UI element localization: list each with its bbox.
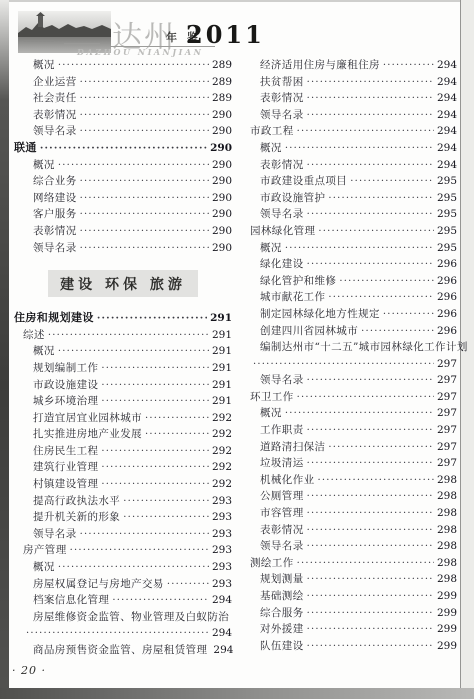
toc-entry: 公厕管理····································… xyxy=(241,488,457,505)
dotted-leader: ········································… xyxy=(339,274,434,291)
toc-entry: 扶贫帮困····································… xyxy=(241,74,457,91)
toc-entry-label: 环卫工作 xyxy=(250,389,294,406)
dotted-leader: ········································… xyxy=(123,510,209,527)
toc-entry: 房产管理····································… xyxy=(14,542,232,559)
toc-entry-page: 297 xyxy=(437,356,457,373)
toc-entry-page: 293 xyxy=(212,576,232,593)
toc-entry: 概况······································… xyxy=(241,240,457,257)
toc-entry: 领导名录····································… xyxy=(241,107,457,124)
toc-entry: 领导名录····································… xyxy=(241,372,457,389)
toc-entry-page: 299 xyxy=(437,588,457,605)
toc-entry-page: 290 xyxy=(212,157,232,174)
toc-entry: 工作职责····································… xyxy=(241,422,457,439)
toc-entry: 基础测绘····································… xyxy=(241,588,457,605)
toc-entry-label: 垃圾清运 xyxy=(260,455,304,472)
toc-entry: 市政设施建设··································… xyxy=(14,377,232,394)
toc-entry-page: 294 xyxy=(437,74,457,91)
toc-entry-label: 商品房预售资金监管、房屋租赁管理 xyxy=(33,642,207,659)
toc-entry: 网络建设····································… xyxy=(14,190,232,207)
toc-entry: 概况······································… xyxy=(14,343,232,360)
toc-entry-page: 291 xyxy=(212,360,232,377)
dotted-leader: ········································… xyxy=(101,394,209,411)
toc-entry: 经济适用住房与廉租住房·····························… xyxy=(241,57,457,74)
toc-entry-label: 村镇建设管理 xyxy=(33,476,98,493)
dotted-leader: ········································… xyxy=(80,241,209,258)
toc-entry-page: 294 xyxy=(437,157,457,174)
toc-entry-label: 概况 xyxy=(260,405,282,422)
toc-left-top: 概况······································… xyxy=(14,57,232,256)
toc-entry-label: 打造宜居宜业园林城市 xyxy=(33,410,142,427)
dotted-leader: ········································… xyxy=(307,75,434,92)
toc-entry-label: 房屋维修资金监管、物业管理及白蚁防治 xyxy=(33,609,229,626)
toc-entry: 建筑行业管理··································… xyxy=(14,459,232,476)
toc-entry-label: 表彰情况 xyxy=(33,223,77,240)
dotted-leader: ········································… xyxy=(307,539,434,556)
toc-entry-page: 290 xyxy=(210,140,232,157)
toc-entry-label: 表彰情况 xyxy=(260,90,304,107)
toc-entry-label: 规划编制工作 xyxy=(33,360,98,377)
toc-entry: 园林绿化管理··································… xyxy=(241,223,457,240)
dotted-leader: ········································… xyxy=(80,527,209,544)
toc-entry: 综合业务····································… xyxy=(14,173,232,190)
dotted-leader: ········································… xyxy=(307,373,434,390)
toc-entry: 住房和规划建设·································… xyxy=(14,310,232,327)
dotted-leader: ········································… xyxy=(145,411,209,428)
toc-entry: 概况······································… xyxy=(241,405,457,422)
dotted-leader: ········································… xyxy=(80,108,209,125)
toc-entry-page: 294 xyxy=(213,642,233,659)
toc-entry-label: 道路清扫保洁 xyxy=(260,439,325,456)
toc-entry: 领导名录····································… xyxy=(14,123,232,140)
toc-entry-label: 经济适用住房与廉租住房 xyxy=(260,57,380,74)
dotted-leader: ········································… xyxy=(307,622,434,639)
toc-entry-label: 园林绿化管理 xyxy=(250,223,315,240)
dotted-leader: ········································… xyxy=(307,506,434,523)
toc-entry-label: 综合服务 xyxy=(260,605,304,622)
toc-entry-page: 290 xyxy=(212,107,232,124)
toc-entry-page: 294 xyxy=(437,107,457,124)
toc-entry-page: 295 xyxy=(437,240,457,257)
dotted-leader: ········································… xyxy=(80,75,209,92)
toc-entry-page: 290 xyxy=(212,190,232,207)
toc-entry: 综合服务····································… xyxy=(241,605,457,622)
toc-entry: 市政建设重点项目································… xyxy=(241,173,457,190)
toc-entry-page: 298 xyxy=(437,538,457,555)
toc-entry-label: 规划测量 xyxy=(260,571,304,588)
toc-entry-label: 市政工程 xyxy=(250,123,294,140)
toc-entry: 客户服务····································… xyxy=(14,206,232,223)
toc-entry-label: 综述 xyxy=(23,327,45,344)
toc-entry-label: 网络建设 xyxy=(33,190,77,207)
dotted-leader: ········································… xyxy=(167,577,209,594)
toc-entry: 概况······································… xyxy=(14,57,232,74)
toc-left-bottom: 住房和规划建设·································… xyxy=(14,310,232,658)
toc-entry: 扎实推进房地产业发展······························… xyxy=(14,426,232,443)
toc-entry-label: 建筑行业管理 xyxy=(33,459,98,476)
toc-entry-page: 296 xyxy=(437,323,457,340)
book-binding-edge xyxy=(0,0,9,699)
toc-entry-label: 扎实推进房地产业发展 xyxy=(33,426,142,443)
toc-entry: 提高行政执法水平································… xyxy=(14,493,232,510)
dotted-leader: ········································… xyxy=(350,174,434,191)
dotted-leader: ········································… xyxy=(123,494,209,511)
toc-entry-page: 297 xyxy=(437,439,457,456)
dotted-leader: ········································… xyxy=(101,361,209,378)
toc-entry-page: 293 xyxy=(212,542,232,559)
toc-entry: 概况······································… xyxy=(14,157,232,174)
toc-entry-label: 领导名录 xyxy=(260,206,304,223)
dotted-leader: ········································… xyxy=(70,543,209,560)
toc-entry-page: 298 xyxy=(437,488,457,505)
toc-entry-page: 294 xyxy=(437,123,457,140)
toc-entry-page: 299 xyxy=(437,605,457,622)
toc-entry-label: 队伍建设 xyxy=(260,638,304,655)
toc-entry: 打造宜居宜业园林城市······························… xyxy=(14,410,232,427)
toc-entry: 表彰情况····································… xyxy=(241,90,457,107)
toc-entry: 机械化作业···································… xyxy=(241,472,457,489)
toc-entry-page: 296 xyxy=(437,273,457,290)
toc-entry-page: 299 xyxy=(437,621,457,638)
yearbook-year: 2011 xyxy=(186,20,265,49)
dotted-leader: ········································… xyxy=(101,444,209,461)
toc-entry-page: 291 xyxy=(212,327,232,344)
toc-entry-label: 机械化作业 xyxy=(260,472,315,489)
toc-entry: 住房民生工程··································… xyxy=(14,443,232,460)
toc-entry-page: 296 xyxy=(437,256,457,273)
dotted-leader: ········································… xyxy=(307,423,434,440)
toc-entry-label: 测绘工作 xyxy=(250,555,294,572)
toc-entry: 城市献花工作··································… xyxy=(241,289,457,306)
toc-entry-label: 概况 xyxy=(33,559,55,576)
toc-entry-label: 扶贫帮困 xyxy=(260,74,304,91)
toc-entry-page: 298 xyxy=(437,505,457,522)
dotted-leader: ········································… xyxy=(26,626,209,643)
toc-entry-page: 292 xyxy=(212,459,232,476)
dotted-leader: ········································… xyxy=(318,473,434,490)
dotted-leader: ········································… xyxy=(285,141,434,158)
dotted-leader: ········································… xyxy=(101,378,209,395)
toc-entry-label: 领导名录 xyxy=(260,538,304,555)
toc-entry-label: 概况 xyxy=(33,343,55,360)
toc-entry: 对外援建····································… xyxy=(241,621,457,638)
toc-entry-label: 城乡环境治理 xyxy=(33,393,98,410)
toc-entry-page: 296 xyxy=(437,306,457,323)
toc-entry-page: 292 xyxy=(212,426,232,443)
toc-entry-page: 290 xyxy=(212,206,232,223)
toc-entry-page: 290 xyxy=(212,173,232,190)
dotted-leader: ········································… xyxy=(101,477,209,494)
toc-entry: 垃圾清运····································… xyxy=(241,455,457,472)
scan-top-edge xyxy=(0,0,474,2)
toc-entry-page: 297 xyxy=(437,389,457,406)
toc-entry-label: 房产管理 xyxy=(23,542,67,559)
toc-entry: 商品房预售资金监管、房屋租赁管理························… xyxy=(14,642,232,659)
toc-entry: 市政设施管护··································… xyxy=(241,190,457,207)
dotted-leader: ········································… xyxy=(307,207,434,224)
toc-entry-label: 社会责任 xyxy=(33,90,77,107)
toc-entry-page: 299 xyxy=(437,638,457,655)
toc-entry-page: 292 xyxy=(212,410,232,427)
dotted-leader: ········································… xyxy=(80,174,209,191)
dotted-leader: ········································… xyxy=(307,456,434,473)
toc-entry-page: 290 xyxy=(212,240,232,257)
toc-entry-page: 294 xyxy=(212,592,232,609)
toc-entry-label: 房屋权属登记与房地产交易 xyxy=(33,576,164,593)
toc-entry-page: 297 xyxy=(437,405,457,422)
toc-entry-label: 市政设施建设 xyxy=(33,377,98,394)
toc-entry-page: 297 xyxy=(437,372,457,389)
toc-entry: 规划编制工作··································… xyxy=(14,360,232,377)
toc-entry-page: 298 xyxy=(437,522,457,539)
toc-entry: 概况······································… xyxy=(14,559,232,576)
toc-entry: 环卫工作····································… xyxy=(241,389,457,406)
dotted-leader: ········································… xyxy=(361,324,434,341)
toc-entry-label: 联通 xyxy=(14,140,37,157)
toc-entry: 联通······································… xyxy=(14,140,232,157)
toc-entry: 绿化管护和维修·································… xyxy=(241,273,457,290)
toc-entry: 领导名录····································… xyxy=(241,538,457,555)
toc-entry-page: 293 xyxy=(212,493,232,510)
toc-entry: 绿化建设····································… xyxy=(241,256,457,273)
yearbook-title-pinyin: DAZHOU NIANJIAN xyxy=(77,47,203,57)
dotted-leader: ········································… xyxy=(58,58,209,75)
toc-column-right: 经济适用住房与廉租住房·····························… xyxy=(241,57,457,654)
dotted-leader: ········································… xyxy=(307,589,434,606)
toc-entry: 制定园林绿化地方性规定·····························… xyxy=(241,306,457,323)
dotted-leader: ········································… xyxy=(307,158,434,175)
toc-entry-label: 档案信息化管理 xyxy=(33,592,109,609)
toc-entry-label: 市容管理 xyxy=(260,505,304,522)
toc-entry-page: 291 xyxy=(212,343,232,360)
toc-entry-label: 市政设施管护 xyxy=(260,190,325,207)
toc-entry-label: 领导名录 xyxy=(260,107,304,124)
toc-entry: 企业运营····································… xyxy=(14,74,232,91)
toc-entry-label: 表彰情况 xyxy=(260,157,304,174)
toc-entry: 村镇建设管理··································… xyxy=(14,476,232,493)
dotted-leader: ········································… xyxy=(253,357,434,374)
dotted-leader: ········································… xyxy=(383,58,434,75)
dotted-leader: ········································… xyxy=(80,191,209,208)
toc-entry-label: 住房和规划建设 xyxy=(14,310,94,327)
dotted-leader: ········································… xyxy=(58,344,209,361)
dotted-leader: ········································… xyxy=(328,290,434,307)
toc-entry-page: 298 xyxy=(437,571,457,588)
toc-entry-page: 294 xyxy=(437,57,457,74)
dotted-leader: ········································… xyxy=(101,460,209,477)
dotted-leader: ········································… xyxy=(80,124,209,141)
toc-entry-label: 表彰情况 xyxy=(260,522,304,539)
dotted-leader: ········································… xyxy=(80,91,209,108)
toc-entry: ········································… xyxy=(14,625,232,642)
dotted-leader: ········································… xyxy=(307,489,434,506)
toc-entry-label: 客户服务 xyxy=(33,206,77,223)
toc-entry: 城乡环境治理··································… xyxy=(14,393,232,410)
toc-entry: 市政工程····································… xyxy=(241,123,457,140)
scanned-page: 达州 年 鉴 2011 DAZHOU NIANJIAN 概况··········… xyxy=(0,0,474,699)
dotted-leader: ········································… xyxy=(297,390,434,407)
dotted-leader: ········································… xyxy=(307,108,434,125)
toc-entry-page: 297 xyxy=(437,455,457,472)
dotted-leader: ········································… xyxy=(307,257,434,274)
toc-entry-page: 293 xyxy=(212,559,232,576)
toc-entry-label: 公厕管理 xyxy=(260,488,304,505)
toc-entry: 表彰情况····································… xyxy=(241,522,457,539)
toc-entry-label: 概况 xyxy=(33,57,55,74)
toc-entry-page: 291 xyxy=(210,310,232,327)
toc-entry-label: 概况 xyxy=(260,240,282,257)
toc-entry-page: 289 xyxy=(212,57,232,74)
toc-entry-page: 295 xyxy=(437,223,457,240)
toc-entry-page: 295 xyxy=(437,173,457,190)
toc-entry: 领导名录····································… xyxy=(241,206,457,223)
dotted-leader: ········································… xyxy=(48,328,209,345)
toc-entry: 提升机关新的形象································… xyxy=(14,509,232,526)
toc-entry: 表彰情况····································… xyxy=(241,157,457,174)
dotted-leader: ········································… xyxy=(80,224,209,241)
toc-entry: 道路清扫保洁··································… xyxy=(241,439,457,456)
dotted-leader: ········································… xyxy=(307,606,434,623)
toc-entry-label: 市政建设重点项目 xyxy=(260,173,347,190)
toc-entry: 概况······································… xyxy=(241,140,457,157)
toc-entry-label: 城市献花工作 xyxy=(260,289,325,306)
toc-entry-page: 294 xyxy=(437,90,457,107)
toc-entry-label: 领导名录 xyxy=(33,526,77,543)
dotted-leader: ········································… xyxy=(383,307,434,324)
dotted-leader: ········································… xyxy=(285,406,434,423)
toc-column-left: 概况······································… xyxy=(14,57,232,659)
toc-entry-page: 290 xyxy=(212,223,232,240)
toc-entry-label: 对外援建 xyxy=(260,621,304,638)
dotted-leader: ········································… xyxy=(328,191,434,208)
dotted-leader: ········································… xyxy=(297,124,434,141)
toc-entry-page: 298 xyxy=(437,555,457,572)
toc-entry: 领导名录····································… xyxy=(14,526,232,543)
toc-entry-page: 292 xyxy=(212,476,232,493)
toc-entry-label: 工作职责 xyxy=(260,422,304,439)
toc-entry: 市容管理····································… xyxy=(241,505,457,522)
dotted-leader: ········································… xyxy=(58,560,209,577)
toc-entry-label: 领导名录 xyxy=(260,372,304,389)
dotted-leader: ········································… xyxy=(40,141,207,158)
toc-entry-label: 制定园林绿化地方性规定 xyxy=(260,306,380,323)
toc-entry-page: 290 xyxy=(212,123,232,140)
toc-entry: 表彰情况····································… xyxy=(14,107,232,124)
toc-entry: 房屋权属登记与房地产交易····························… xyxy=(14,576,232,593)
dotted-leader: ········································… xyxy=(80,207,209,224)
toc-entry: 规划测量····································… xyxy=(241,571,457,588)
toc-entry: 综述······································… xyxy=(14,327,232,344)
dotted-leader: ········································… xyxy=(97,311,207,328)
page-number-footer: · 20 · xyxy=(12,664,46,677)
toc-entry-label: 领导名录 xyxy=(33,123,77,140)
toc-entry-page: 292 xyxy=(212,443,232,460)
toc-entry-page: 294 xyxy=(212,625,232,642)
toc-entry-page: 297 xyxy=(437,422,457,439)
dotted-leader: ········································… xyxy=(297,556,434,573)
toc-entry-page: 295 xyxy=(437,190,457,207)
toc-entry-label: 概况 xyxy=(33,157,55,174)
toc-entry-label: 概况 xyxy=(260,140,282,157)
toc-entry-label: 提升机关新的形象 xyxy=(33,509,120,526)
dotted-leader: ········································… xyxy=(285,241,434,258)
toc-entry-label: 创建四川省园林城市 xyxy=(260,323,358,340)
dotted-leader: ········································… xyxy=(307,523,434,540)
toc-entry-page: 298 xyxy=(437,472,457,489)
dotted-leader: ········································… xyxy=(307,639,434,656)
toc-entry: 测绘工作····································… xyxy=(241,555,457,572)
toc-entry-page: 294 xyxy=(437,140,457,157)
toc-entry: 领导名录····································… xyxy=(14,240,232,257)
toc-entry-label: 编制达州市“十二五”城市园林绿化工作计划 xyxy=(260,339,468,356)
dotted-leader: ········································… xyxy=(112,593,209,610)
toc-entry-label: 基础测绘 xyxy=(260,588,304,605)
section-banner: 建设 环保 旅游 xyxy=(48,270,198,297)
toc-entry-page: 291 xyxy=(212,393,232,410)
toc-entry-label: 住房民生工程 xyxy=(33,443,98,460)
toc-entry-page: 293 xyxy=(212,526,232,543)
toc-entry-label: 表彰情况 xyxy=(33,107,77,124)
toc-entry-page: 296 xyxy=(437,289,457,306)
toc-entry-label: 绿化管护和维修 xyxy=(260,273,336,290)
toc-entry-page: 293 xyxy=(212,509,232,526)
toc-entry-label: 综合业务 xyxy=(33,173,77,190)
toc-entry-label: 领导名录 xyxy=(33,240,77,257)
toc-entry-page: 289 xyxy=(212,74,232,91)
dotted-leader: ········································… xyxy=(145,427,209,444)
toc-entry: 表彰情况····································… xyxy=(14,223,232,240)
toc-entry-label: 绿化建设 xyxy=(260,256,304,273)
dotted-leader: ········································… xyxy=(328,440,434,457)
toc-entry-label: 提高行政执法水平 xyxy=(33,493,120,510)
toc-entry: 社会责任····································… xyxy=(14,90,232,107)
toc-entry: ········································… xyxy=(241,356,457,373)
toc-entry: 房屋维修资金监管、物业管理及白蚁防治······················… xyxy=(14,609,232,626)
toc-entry-label: 企业运营 xyxy=(33,74,77,91)
toc-entry: 档案信息化管理·································… xyxy=(14,592,232,609)
toc-entry: 编制达州市“十二五”城市园林绿化工作计划····················… xyxy=(241,339,457,356)
dotted-leader: ········································… xyxy=(307,572,434,589)
dotted-leader: ········································… xyxy=(318,224,434,241)
dotted-leader: ········································… xyxy=(307,91,434,108)
toc-entry: 队伍建设····································… xyxy=(241,638,457,655)
toc-entry-page: 291 xyxy=(212,377,232,394)
toc-entry-page: 289 xyxy=(212,90,232,107)
toc-entry-page: 295 xyxy=(437,206,457,223)
dotted-leader: ········································… xyxy=(58,158,209,175)
scan-bottom-edge xyxy=(0,688,474,699)
toc-entry: 创建四川省园林城市·······························… xyxy=(241,323,457,340)
